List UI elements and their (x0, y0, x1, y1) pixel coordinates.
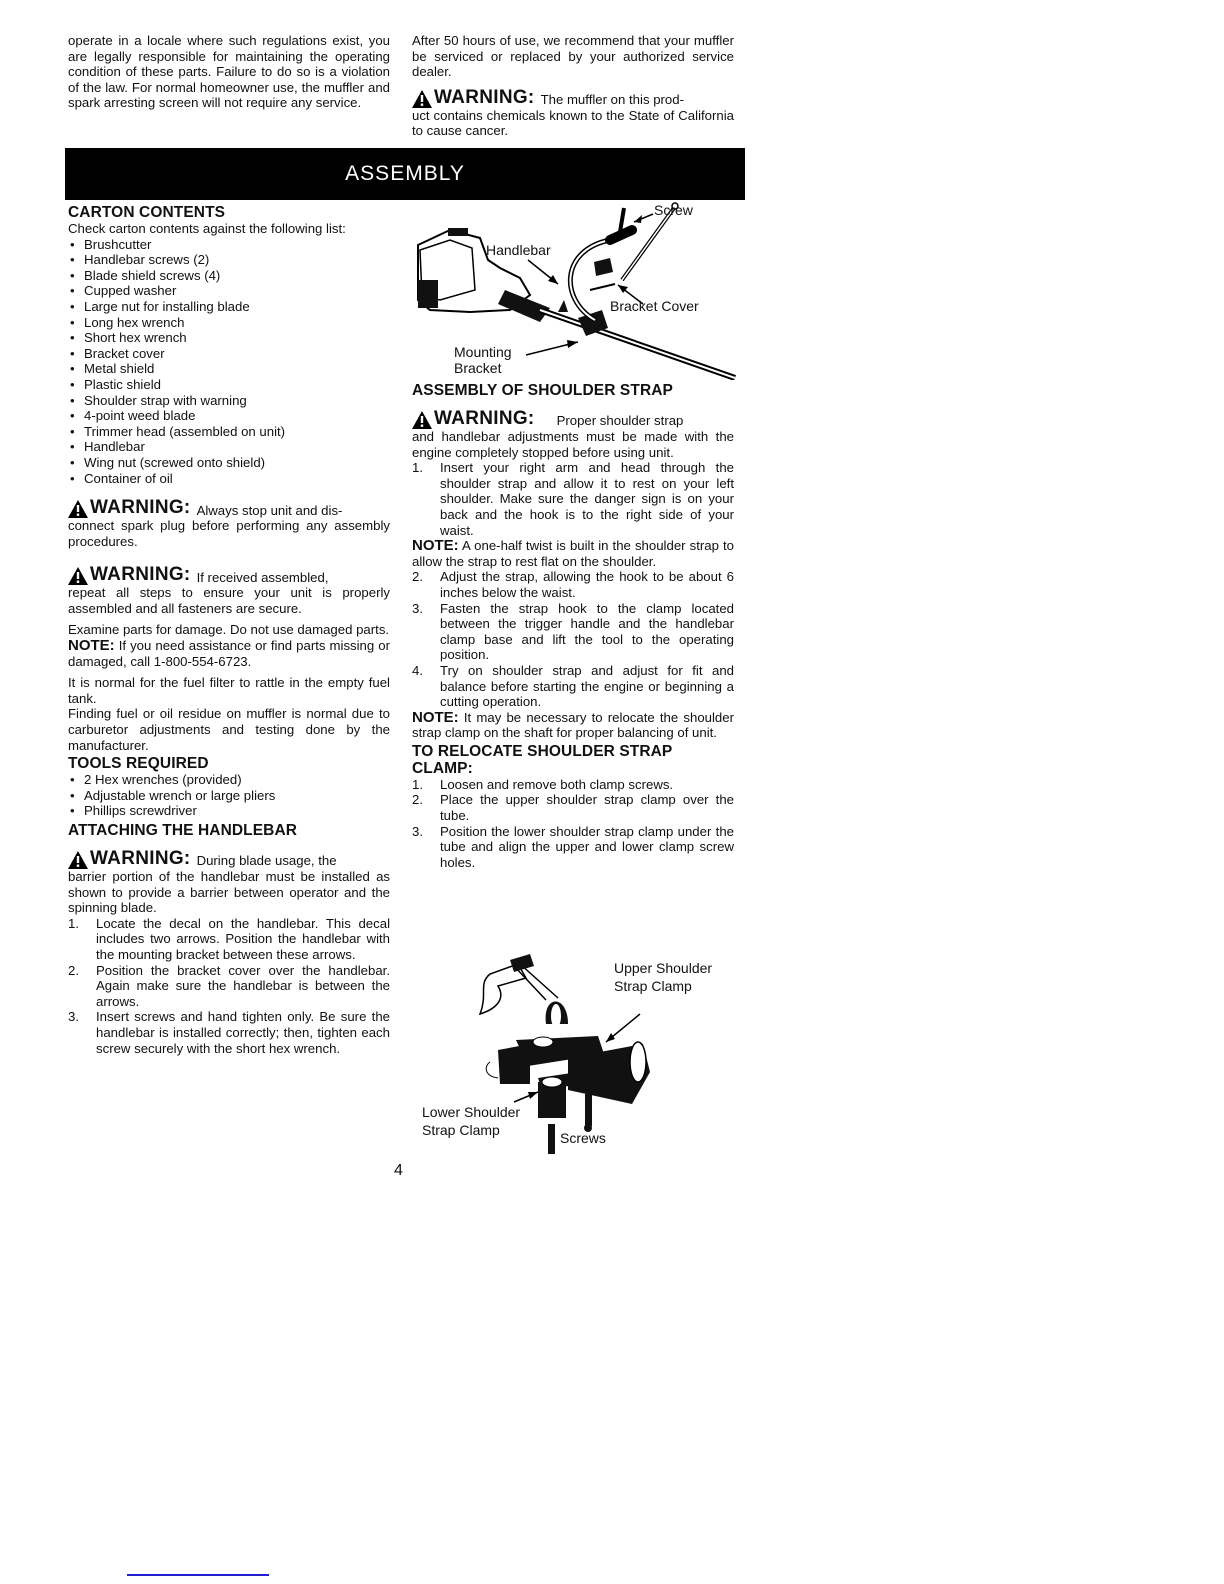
handlebar-assembly-figure: Screw Handlebar Bracket Cover Mounting B… (410, 200, 740, 380)
list-item: 3.Insert screws and hand tighten only. B… (68, 1009, 390, 1056)
list-item: Plastic shield (68, 377, 390, 393)
muffler-service-paragraph: After 50 hours of use, we recommend that… (412, 33, 734, 80)
list-item: Container of oil (68, 471, 390, 487)
list-item: Trimmer head (assembled on unit) (68, 424, 390, 440)
handlebar-steps: 1.Locate the decal on the handlebar. Thi… (68, 916, 390, 1056)
warning-strap-adjust-text: and handlebar adjustments must be made w… (412, 429, 734, 460)
tools-list: 2 Hex wrenches (provided) Adjustable wre… (68, 772, 390, 819)
bracket-label: Bracket (454, 360, 501, 376)
list-item: 3.Fasten the strap hook to the clamp loc… (412, 601, 734, 663)
relocate-note: NOTE: It may be necessary to relocate th… (412, 710, 734, 741)
warning-triangle-icon (68, 500, 88, 518)
link-underline (127, 1574, 269, 1576)
list-item: Wing nut (screwed onto shield) (68, 455, 390, 471)
muffler-warning: WARNING: The muffler on this prod- (412, 88, 734, 108)
list-item: Metal shield (68, 361, 390, 377)
list-item: 2.Position the bracket cover over the ha… (68, 963, 390, 1010)
list-item: 4-point weed blade (68, 408, 390, 424)
list-item: Cupped washer (68, 283, 390, 299)
fuel-filter-paragraph: It is normal for the fuel filter to ratt… (68, 675, 390, 706)
note-label: NOTE: (412, 537, 459, 554)
attaching-handlebar-heading: ATTACHING THE HANDLEBAR (68, 822, 390, 839)
carton-contents-heading: CARTON CONTENTS (68, 204, 390, 221)
examine-parts-paragraph: Examine parts for damage. Do not use dam… (68, 622, 390, 638)
warning-blade-usage-text: barrier portion of the handlebar must be… (68, 869, 390, 916)
list-item: Bracket cover (68, 346, 390, 362)
assembly-banner: ASSEMBLY (65, 148, 745, 200)
page-number: 4 (394, 1162, 403, 1180)
warning-triangle-icon (412, 411, 432, 429)
list-item: Adjustable wrench or large pliers (68, 788, 390, 804)
note-label: NOTE: (68, 637, 115, 654)
relocate-clamp-heading: TO RELOCATE SHOULDER STRAP CLAMP: (412, 743, 734, 777)
upper-clamp-label-line2: Strap Clamp (614, 978, 692, 994)
tools-required-heading: TOOLS REQUIRED (68, 755, 390, 772)
shoulder-strap-heading: ASSEMBLY OF SHOULDER STRAP (412, 382, 734, 399)
warning-label: WARNING: (90, 565, 191, 585)
list-item: 2 Hex wrenches (provided) (68, 772, 390, 788)
list-item: 2.Adjust the strap, allowing the hook to… (412, 569, 734, 600)
list-item: Shoulder strap with warning (68, 393, 390, 409)
warning-label: WARNING: (434, 409, 535, 429)
warning-triangle-icon (412, 90, 432, 108)
strap-step-1: 1.Insert your right arm and head through… (412, 460, 734, 538)
list-item: 2.Place the upper shoulder strap clamp o… (412, 792, 734, 823)
list-item: 1.Loosen and remove both clamp screws. (412, 777, 734, 793)
warning-triangle-icon (68, 567, 88, 585)
warning-triangle-icon (68, 851, 88, 869)
list-item: Large nut for installing blade (68, 299, 390, 315)
list-item: Handlebar screws (2) (68, 252, 390, 268)
strap-steps: 2.Adjust the strap, allowing the hook to… (412, 569, 734, 709)
assistance-note: NOTE: If you need assistance or find par… (68, 638, 390, 669)
warning-label: WARNING: (90, 849, 191, 869)
list-item: Long hex wrench (68, 315, 390, 331)
screws-label: Screws (560, 1130, 606, 1146)
list-item: Brushcutter (68, 237, 390, 253)
top-right-column: After 50 hours of use, we recommend that… (412, 33, 734, 139)
residue-paragraph: Finding fuel or oil residue on muffler i… (68, 706, 390, 753)
warning-received-assembled-text: repeat all steps to ensure your unit is … (68, 585, 390, 616)
bracket-cover-label: Bracket Cover (610, 298, 699, 314)
warning-label: WARNING: (90, 498, 191, 518)
right-column: ASSEMBLY OF SHOULDER STRAP WARNING: Prop… (412, 382, 734, 870)
list-item: 1.Locate the decal on the handlebar. Thi… (68, 916, 390, 963)
shoulder-strap-clamp-figure: Upper Shoulder Strap Clamp Lower Shoulde… (418, 944, 718, 1154)
list-item: 4.Try on shoulder strap and adjust for f… (412, 663, 734, 710)
warning-stop-unit-text: connect spark plug before performing any… (68, 518, 390, 549)
carton-list: Brushcutter Handlebar screws (2) Blade s… (68, 237, 390, 487)
screw-label: Screw (654, 202, 693, 218)
list-item: Handlebar (68, 439, 390, 455)
warning-stop-unit: WARNING: Always stop unit and dis- (68, 498, 390, 518)
warning-label: WARNING: (434, 88, 535, 108)
list-item: Short hex wrench (68, 330, 390, 346)
list-item: Phillips screwdriver (68, 803, 390, 819)
list-item: Blade shield screws (4) (68, 268, 390, 284)
left-column: CARTON CONTENTS Check carton contents ag… (68, 204, 390, 1056)
upper-clamp-label-line1: Upper Shoulder (614, 960, 712, 976)
lower-clamp-label-line2: Strap Clamp (422, 1122, 500, 1138)
twist-note: NOTE: A one-half twist is built in the s… (412, 538, 734, 569)
carton-intro: Check carton contents against the follow… (68, 221, 390, 237)
note-label: NOTE: (412, 709, 459, 726)
handlebar-label: Handlebar (486, 242, 551, 258)
list-item: 1.Insert your right arm and head through… (412, 460, 734, 538)
section-title: ASSEMBLY (345, 162, 465, 186)
regulations-paragraph: operate in a locale where such regulatio… (68, 33, 390, 111)
warning-blade-usage: WARNING: During blade usage, the (68, 849, 390, 869)
mounting-label: Mounting (454, 344, 512, 360)
warning-strap-adjust: WARNING: Proper shoulder strap (412, 409, 734, 429)
list-item: 3.Position the lower shoulder strap clam… (412, 824, 734, 871)
lower-clamp-label-line1: Lower Shoulder (422, 1104, 520, 1120)
relocate-steps: 1.Loosen and remove both clamp screws. 2… (412, 777, 734, 871)
top-left-column: operate in a locale where such regulatio… (68, 33, 390, 111)
warning-received-assembled: WARNING: If received assembled, (68, 565, 390, 585)
muffler-warning-text: uct contains chemicals known to the Stat… (412, 108, 734, 139)
